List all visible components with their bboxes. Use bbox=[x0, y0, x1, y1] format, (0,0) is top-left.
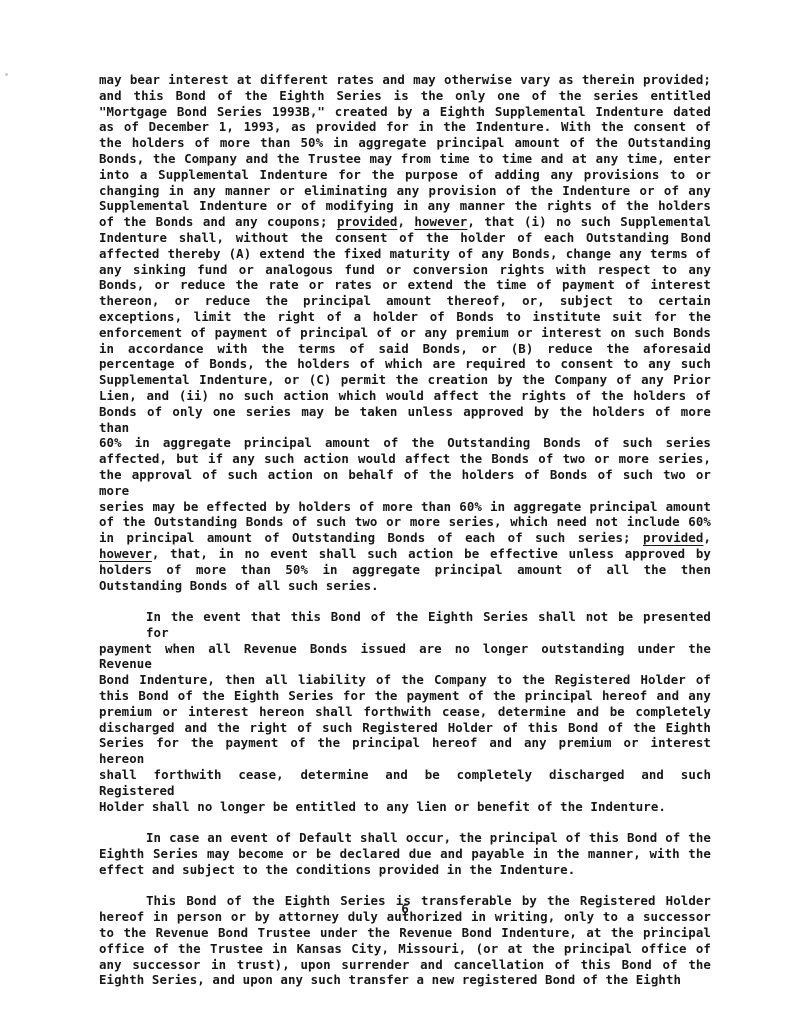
text-line: holders of more than 50% in aggregate pr… bbox=[99, 562, 711, 578]
text-line: of the Bonds and any coupons; provided, … bbox=[99, 214, 711, 230]
text-line: Eighth Series may become or be declared … bbox=[99, 846, 711, 862]
text-line: affected, but if any such action would a… bbox=[99, 451, 711, 467]
text-line: and this Bond of the Eighth Series is th… bbox=[99, 88, 711, 104]
text-line: in principal amount of Outstanding Bonds… bbox=[99, 530, 711, 546]
text-line: Supplemental Indenture or of modifying i… bbox=[99, 198, 711, 214]
underlined-text: however bbox=[99, 546, 152, 561]
underlined-text: however bbox=[414, 214, 467, 229]
text-line: thereon, or reduce the principal amount … bbox=[99, 293, 711, 309]
text-line: affected thereby (A) extend the fixed ma… bbox=[99, 246, 711, 262]
text-line: office of the Trustee in Kansas City, Mi… bbox=[99, 941, 711, 957]
underlined-text: provided bbox=[643, 530, 703, 545]
text-line: percentage of Bonds, the holders of whic… bbox=[99, 356, 711, 372]
text-line: payment when all Revenue Bonds issued ar… bbox=[99, 641, 711, 673]
text-line: Bonds, the Company and the Trustee may f… bbox=[99, 151, 711, 167]
text-line: changing in any manner or eliminating an… bbox=[99, 183, 711, 199]
text-line: 60% in aggregate principal amount of the… bbox=[99, 435, 711, 451]
text-line: shall forthwith cease, determine and be … bbox=[99, 767, 711, 799]
text-line: however, that, in no event shall such ac… bbox=[99, 546, 711, 562]
document-page: may bear interest at different rates and… bbox=[0, 0, 800, 1030]
text-line: Holder shall no longer be entitled to an… bbox=[99, 799, 711, 815]
text-line: series may be effected by holders of mor… bbox=[99, 499, 711, 515]
text-line: Bond Indenture, then all liability of th… bbox=[99, 672, 711, 688]
underlined-text: provided bbox=[337, 214, 397, 229]
text-line: discharged and the right of such Registe… bbox=[99, 720, 711, 736]
text-line: as of December 1, 1993, as provided for … bbox=[99, 119, 711, 135]
paragraph: In case an event of Default shall occur,… bbox=[99, 830, 711, 877]
text-line: to the Revenue Bond Trustee under the Re… bbox=[99, 925, 711, 941]
text-line: Lien, and (ii) no such action which woul… bbox=[99, 388, 711, 404]
text-line: this Bond of the Eighth Series for the p… bbox=[99, 688, 711, 704]
text-line: into a Supplemental Indenture for the pu… bbox=[99, 167, 711, 183]
text-line: Bonds of only one series may be taken un… bbox=[99, 404, 711, 436]
text-line: exceptions, limit the right of a holder … bbox=[99, 309, 711, 325]
text-line: In case an event of Default shall occur,… bbox=[99, 830, 711, 846]
text-line: any sinking fund or analogous fund or co… bbox=[99, 262, 711, 278]
text-line: in accordance with the terms of said Bon… bbox=[99, 341, 711, 357]
text-line: premium or interest hereon shall forthwi… bbox=[99, 704, 711, 720]
text-line: of the Outstanding Bonds of such two or … bbox=[99, 514, 711, 530]
page-number: 6 bbox=[99, 901, 711, 917]
text-line: the holders of more than 50% in aggregat… bbox=[99, 135, 711, 151]
text-line: effect and subject to the conditions pro… bbox=[99, 862, 711, 878]
paragraph: In the event that this Bond of the Eight… bbox=[99, 609, 711, 814]
document-body: may bear interest at different rates and… bbox=[99, 72, 711, 988]
text-line: Indenture shall, without the consent of … bbox=[99, 230, 711, 246]
text-line: any successor in trust), upon surrender … bbox=[99, 957, 711, 973]
text-line: "Mortgage Bond Series 1993B," created by… bbox=[99, 104, 711, 120]
text-line: Outstanding Bonds of all such series. bbox=[99, 578, 711, 594]
scan-speck bbox=[5, 73, 8, 76]
text-line: Eighth Series, and upon any such transfe… bbox=[99, 972, 711, 988]
text-line: Series for the payment of the principal … bbox=[99, 735, 711, 767]
paragraph: may bear interest at different rates and… bbox=[99, 72, 711, 593]
text-line: In the event that this Bond of the Eight… bbox=[99, 609, 711, 641]
text-line: Supplemental Indenture, or (C) permit th… bbox=[99, 372, 711, 388]
text-line: enforcement of payment of principal of o… bbox=[99, 325, 711, 341]
text-line: the approval of such action on behalf of… bbox=[99, 467, 711, 499]
text-line: may bear interest at different rates and… bbox=[99, 72, 711, 88]
text-line: Bonds, or reduce the rate or rates or ex… bbox=[99, 277, 711, 293]
